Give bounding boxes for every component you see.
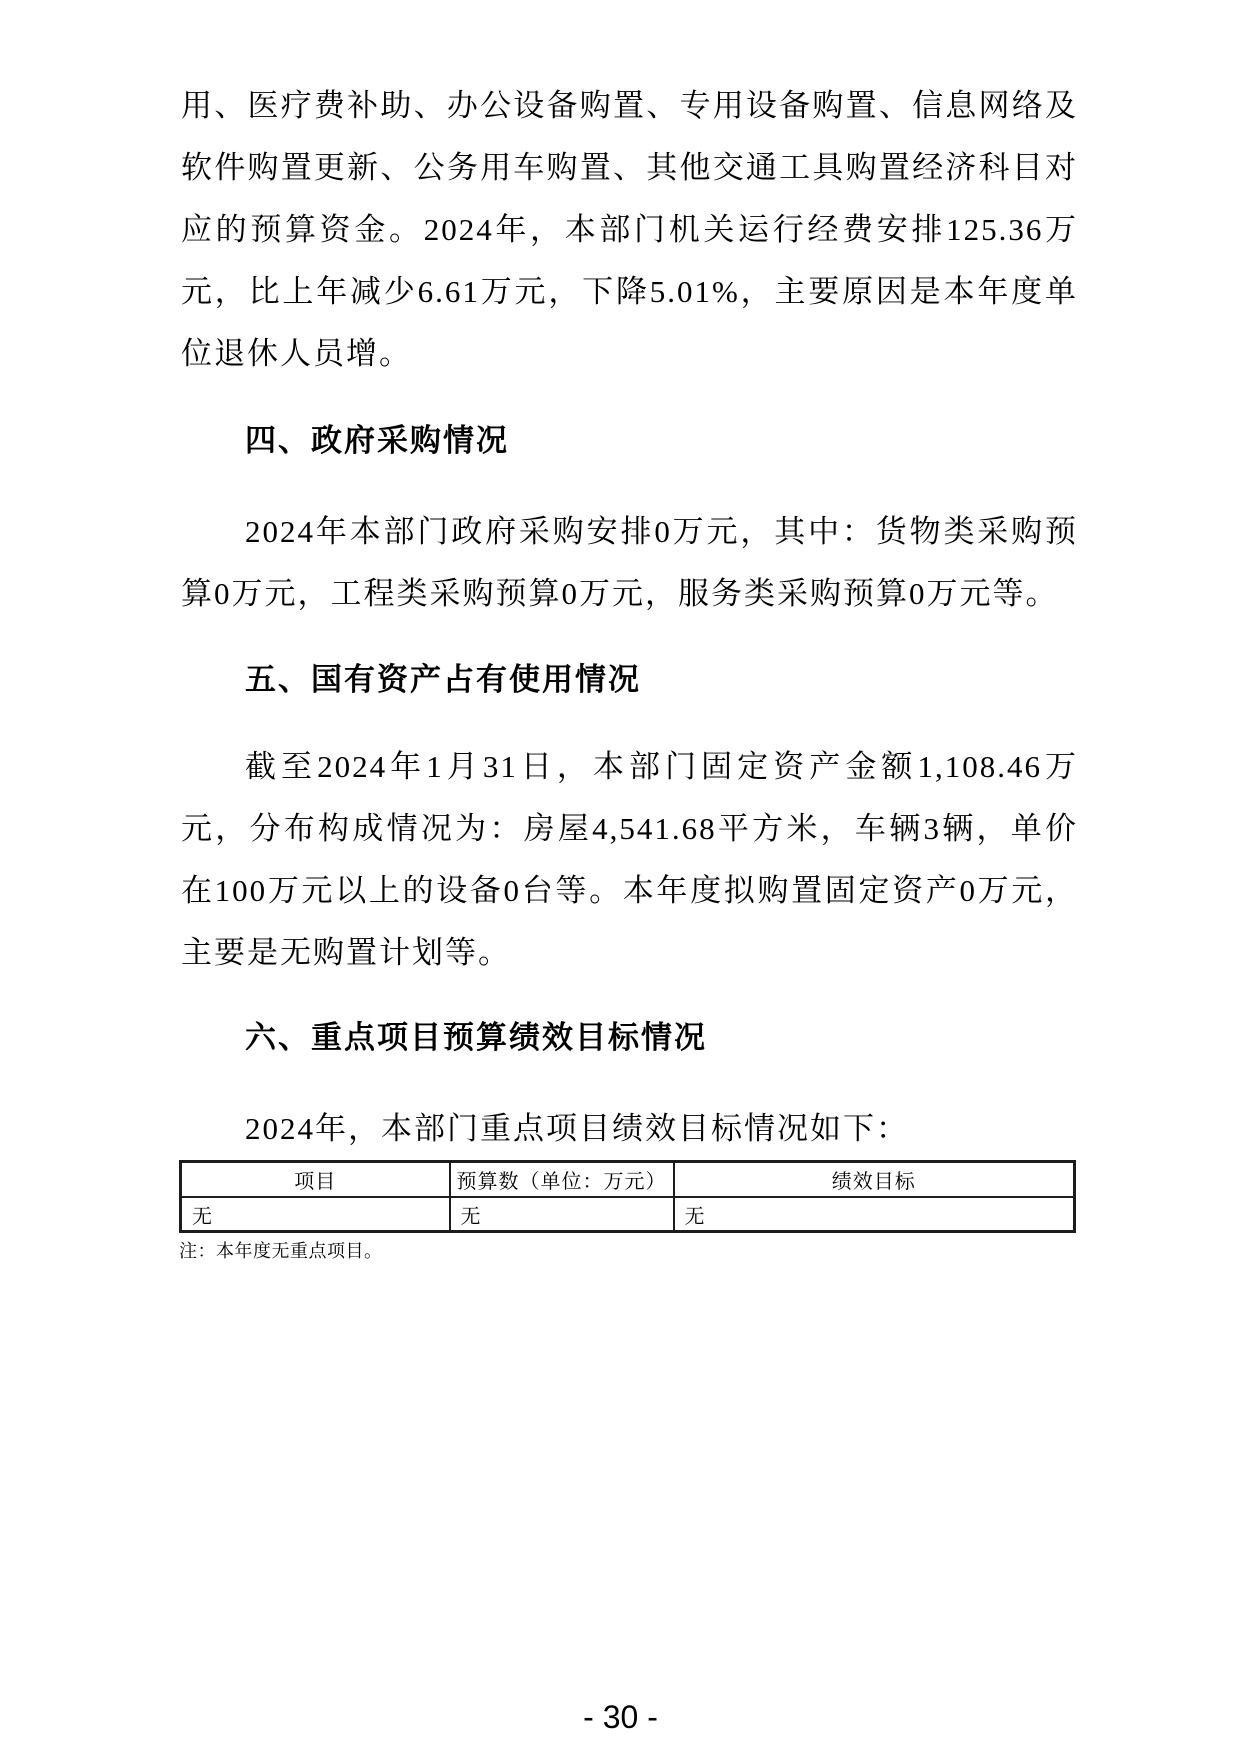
- table-header-budget-amount: 预算数（单位：万元）: [450, 1162, 674, 1198]
- paragraph-performance-intro: 2024年，本部门重点项目绩效目标情况如下：: [181, 1098, 1078, 1160]
- section-heading-state-assets: 五、国有资产占有使用情况: [181, 658, 1078, 702]
- paragraph-state-assets: 截至2024年1月31日，本部门固定资产金额1,108.46万元，分布构成情况为…: [181, 736, 1078, 984]
- table-header-project: 项目: [181, 1162, 450, 1198]
- paragraph-government-procurement: 2024年本部门政府采购安排0万元，其中：货物类采购预算0万元，工程类采购预算0…: [181, 501, 1078, 625]
- page-number: - 30 -: [0, 1699, 1241, 1735]
- document-content: 用、医疗费补助、办公设备购置、专用设备购置、信息网络及软件购置更新、公务用车购置…: [181, 0, 1078, 1263]
- table-header-performance-target: 绩效目标: [674, 1162, 1075, 1198]
- table-header-row: 项目 预算数（单位：万元） 绩效目标: [181, 1162, 1075, 1198]
- section-heading-government-procurement: 四、政府采购情况: [181, 419, 1078, 463]
- performance-target-table: 项目 预算数（单位：万元） 绩效目标 无 无 无: [179, 1160, 1076, 1233]
- table-cell-performance-target: 无: [674, 1197, 1075, 1232]
- table-cell-project: 无: [181, 1197, 450, 1232]
- table-row: 无 无 无: [181, 1197, 1075, 1232]
- table-footnote: 注：本年度无重点项目。: [179, 1239, 1078, 1263]
- table-cell-budget-amount: 无: [450, 1197, 674, 1232]
- document-page: 用、医疗费补助、办公设备购置、专用设备购置、信息网络及软件购置更新、公务用车购置…: [0, 0, 1241, 1754]
- section-heading-key-project-performance: 六、重点项目预算绩效目标情况: [181, 1016, 1078, 1060]
- paragraph-operating-expenses: 用、医疗费补助、办公设备购置、专用设备购置、信息网络及软件购置更新、公务用车购置…: [181, 75, 1078, 385]
